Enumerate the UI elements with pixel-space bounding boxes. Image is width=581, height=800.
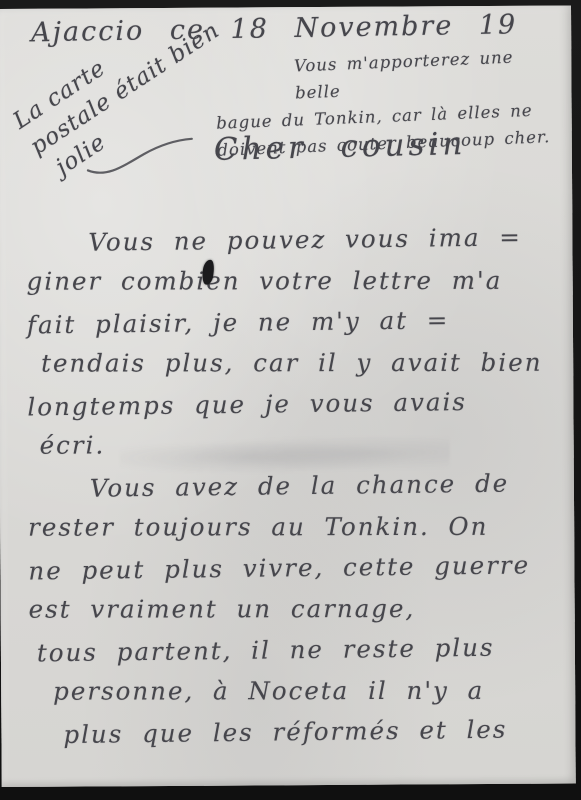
letter-paper: Ajaccio ce 18 Novembre 19 Vous m'apporte… <box>0 5 576 786</box>
letter-line: tous partent, il ne reste plus <box>29 626 563 674</box>
salutation: Cher cousin <box>213 126 466 168</box>
letter-line: est vraiment un carnage, <box>29 588 563 630</box>
letter-line: rester toujours au Tonkin. On <box>28 506 562 548</box>
show-through-smudge <box>120 436 450 478</box>
paragraph: Vous avez de la chance de rester toujour… <box>28 464 564 754</box>
letter-body: Vous ne pouvez vous ima = giner combien … <box>26 218 563 754</box>
letter-line: ne peut plus vivre, cette guerre <box>28 544 562 592</box>
dash-flourish-icon <box>86 130 196 181</box>
letter-line: longtemps que je vous avais <box>27 380 561 428</box>
letter-line: fait plaisir, je ne m'y at = <box>27 298 561 346</box>
letter-line: plus que les réformés et les <box>29 708 563 756</box>
dateline: Ajaccio ce 18 Novembre 19 <box>31 9 518 48</box>
letter-line: Vous ne pouvez vous ima = <box>26 216 560 264</box>
letter-line: tendais plus, car il y avait bien <box>27 342 561 384</box>
letter-line: personne, à Noceta il n'y a <box>29 670 563 712</box>
scan-background: Ajaccio ce 18 Novembre 19 Vous m'apporte… <box>0 0 581 800</box>
paragraph: Vous ne pouvez vous ima = giner combien … <box>26 218 561 467</box>
letter-line: giner combien votre lettre m'a <box>27 260 561 302</box>
